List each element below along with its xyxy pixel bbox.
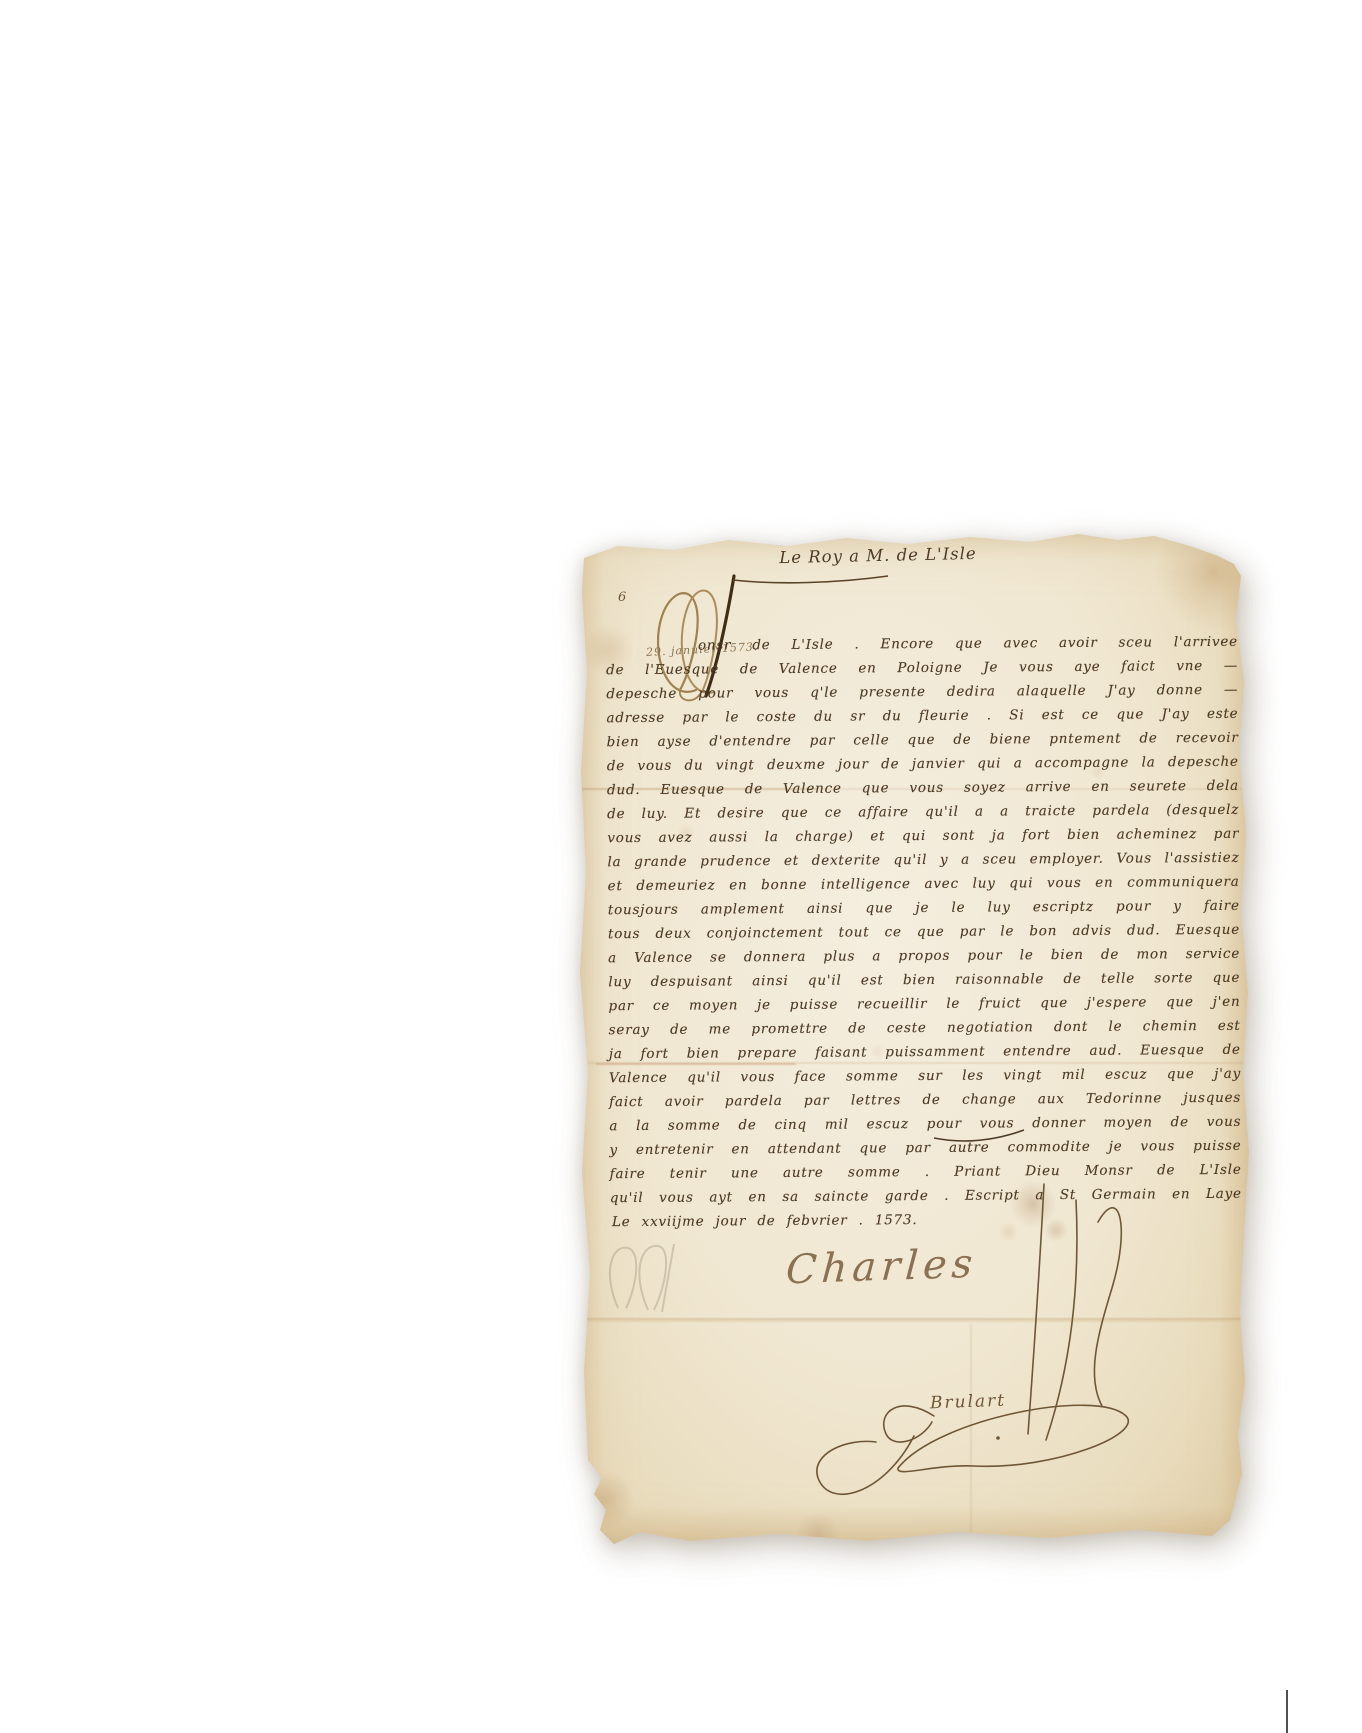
vertical-crease [970, 1324, 972, 1542]
ghost-offset-mark [610, 1244, 674, 1312]
archival-corner-mark: 6 [618, 590, 626, 605]
docket-underline-flourish [733, 576, 888, 583]
scrollbar-artifact-line [1286, 1690, 1288, 1733]
letter-body: onsr de L'Isle . Encore que avec avoir s… [606, 634, 1242, 1238]
docket-header: Le Roy a M. de L'Isle [743, 543, 1013, 568]
letter-line: Le xxviijme jour de febvrier . 1573. [610, 1210, 1242, 1238]
letter-paper: Le Roy a M. de L'Isle 6 29. januier 1573… [578, 532, 1250, 1546]
secretary-countersignature: Brulart [930, 1391, 1007, 1414]
fold-crease-lower-highlight [578, 1320, 1250, 1322]
king-signature: Charles [784, 1241, 978, 1294]
screenshot-canvas: Le Roy a M. de L'Isle 6 29. januier 1573… [0, 0, 1362, 1733]
manuscript-photo: Le Roy a M. de L'Isle 6 29. januier 1573… [578, 532, 1250, 1546]
